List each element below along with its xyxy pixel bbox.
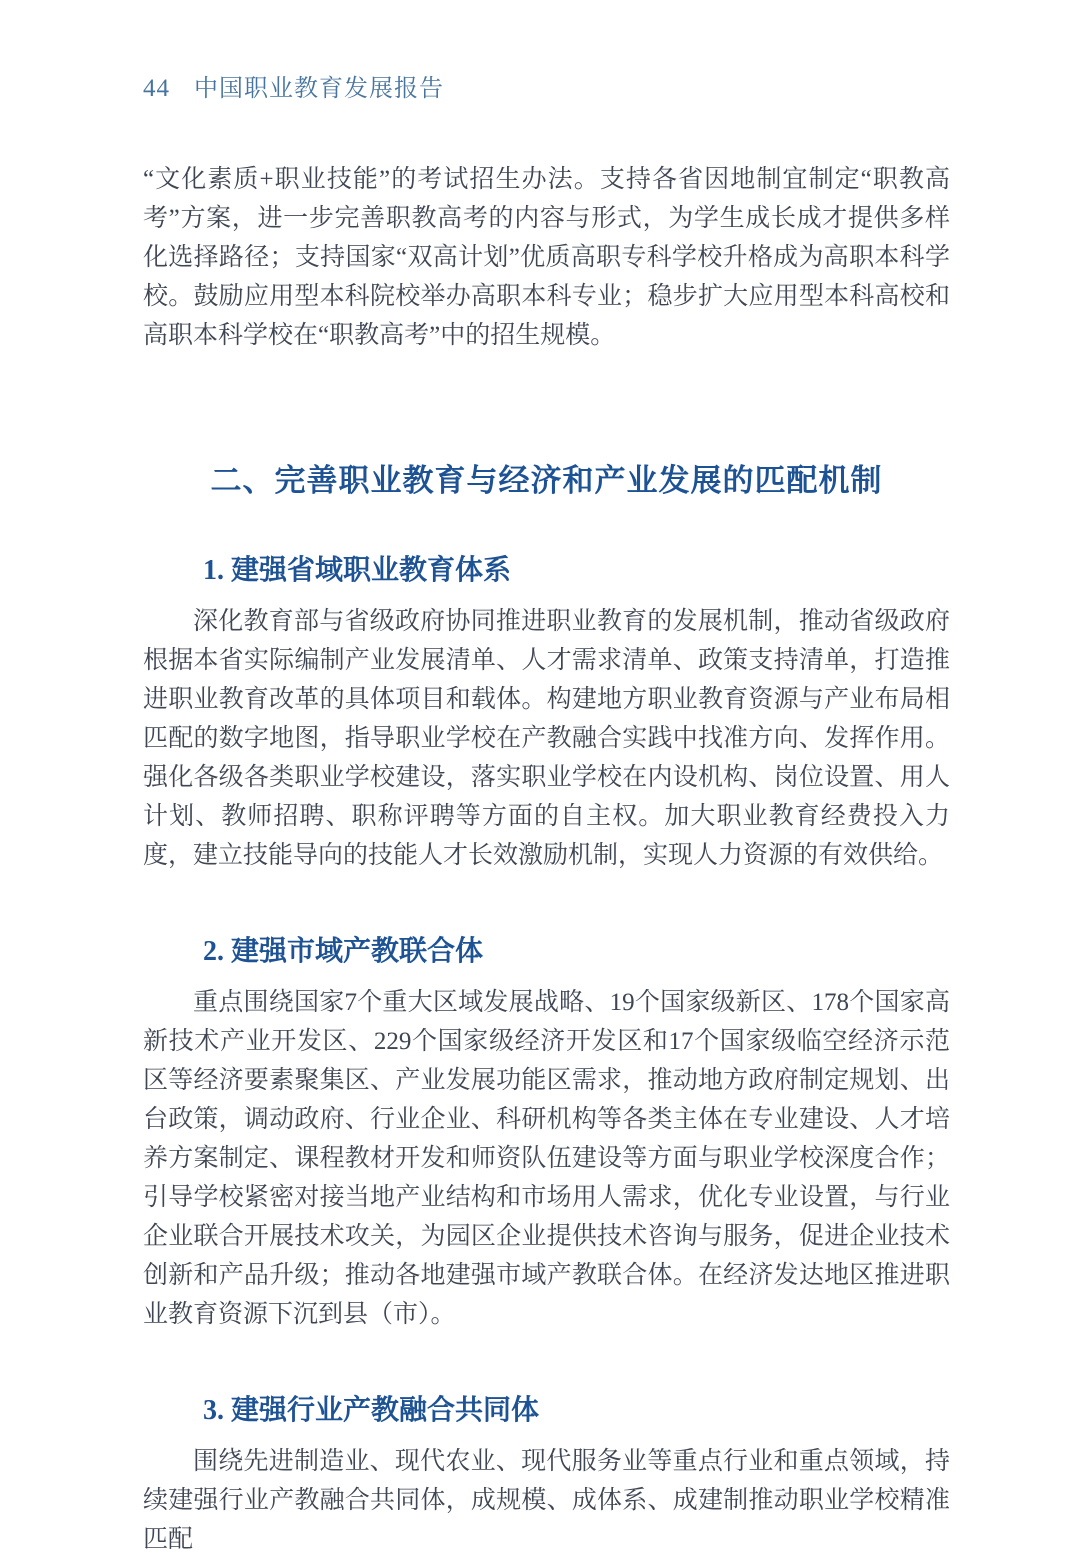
subsection-paragraph-2: 重点围绕国家7个重大区域发展战略、19个国家级新区、178个国家高新技术产业开发…	[143, 983, 950, 1334]
subsection-paragraph-3: 围绕先进制造业、现代农业、现代服务业等重点行业和重点领域，持续建强行业产教融合共…	[143, 1442, 950, 1559]
subsection-heading-2: 2. 建强市域产教联合体	[203, 929, 950, 969]
page-number: 44	[143, 75, 170, 103]
book-title: 中国职业教育发展报告	[194, 68, 444, 103]
page-header: 44 中国职业教育发展报告	[143, 0, 950, 103]
section-heading: 二、完善职业教育与经济和产业发展的匹配机制	[143, 455, 950, 500]
subsection-heading-3: 3. 建强行业产教融合共同体	[203, 1388, 950, 1428]
continuation-paragraph: “文化素质+职业技能”的考试招生办法。支持各省因地制宜制定“职教高考”方案，进一…	[143, 160, 950, 355]
subsection-paragraph-1: 深化教育部与省级政府协同推进职业教育的发展机制，推动省级政府根据本省实际编制产业…	[143, 602, 950, 875]
document-page: 44 中国职业教育发展报告 “文化素质+职业技能”的考试招生办法。支持各省因地制…	[0, 0, 1080, 1561]
subsection-heading-1: 1. 建强省域职业教育体系	[203, 548, 950, 588]
